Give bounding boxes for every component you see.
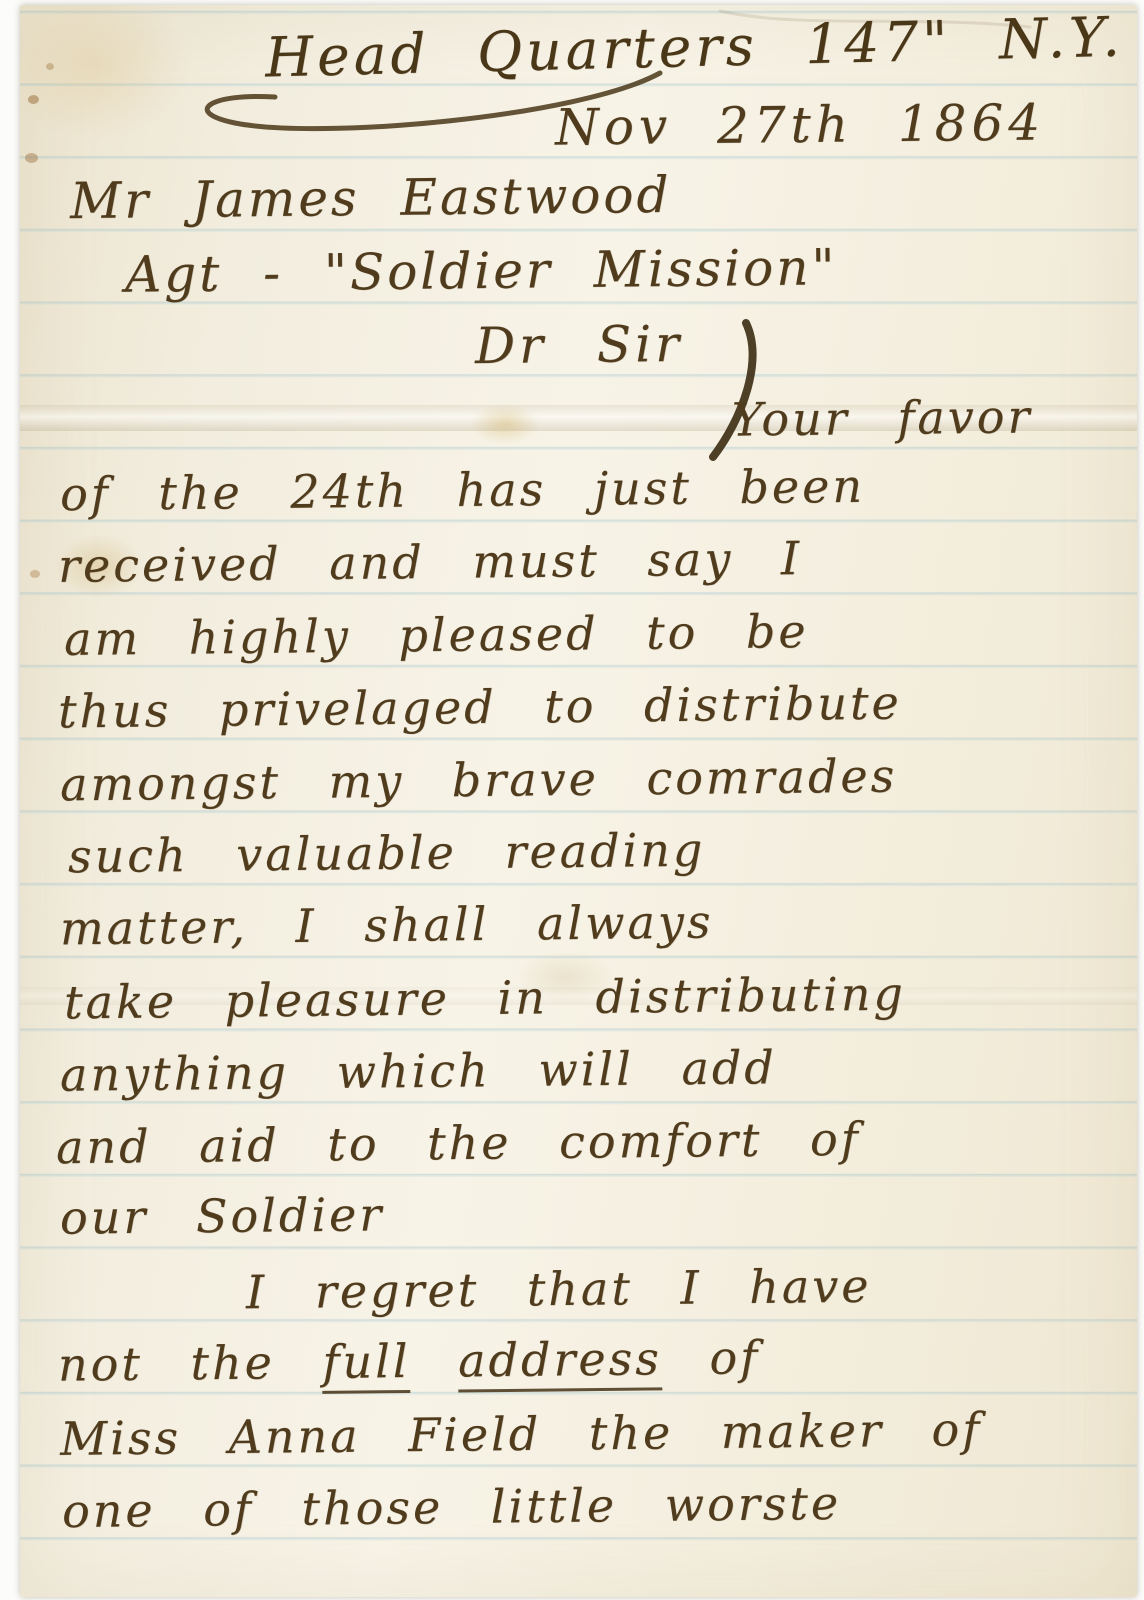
salutation: Dr Sir: [475, 319, 684, 371]
body-line: and aid to the comfort of: [56, 1116, 861, 1170]
body-line: our Soldier: [60, 1191, 385, 1240]
body-line: such valuable reading: [68, 827, 706, 880]
date-line: Nov 27th 1864: [555, 97, 1046, 152]
body-line: am highly pleased to be: [64, 608, 809, 662]
scanned-letter-image: Head Quarters 147" N.Y. Nov 27th 1864 Mr…: [0, 0, 1144, 1600]
underlined-word: address: [458, 1331, 662, 1392]
recipient-title: Agt - "Soldier Mission": [125, 242, 838, 299]
body-text: of: [662, 1330, 761, 1385]
body-line: one of those little worste: [62, 1480, 842, 1534]
body-line: Your favor: [732, 393, 1033, 442]
body-text: not the: [58, 1335, 323, 1392]
underlined-word: full: [322, 1334, 411, 1394]
body-line: received and must say I: [58, 535, 803, 589]
body-line: anything which will add: [60, 1044, 777, 1098]
body-line-with-underlines: not the full address of: [58, 1334, 761, 1387]
body-line: I regret that I have: [246, 1263, 872, 1316]
body-line: matter, I shall always: [60, 899, 714, 952]
letterhead: Head Quarters 147" N.Y.: [264, 10, 1124, 86]
body-line: thus privelaged to distribute: [58, 680, 902, 735]
handwritten-text: Head Quarters 147" N.Y. Nov 27th 1864 Mr…: [20, 5, 1137, 1597]
recipient-name: Mr James Eastwood: [70, 170, 672, 226]
letter-page: Head Quarters 147" N.Y. Nov 27th 1864 Mr…: [20, 5, 1137, 1597]
body-line: Miss Anna Field the maker of: [60, 1406, 983, 1462]
body-line: of the 24th has just been: [60, 463, 865, 517]
body-line: amongst my brave comrades: [60, 753, 898, 808]
body-line: take pleasure in distributing: [64, 971, 906, 1026]
body-text: [410, 1333, 458, 1387]
